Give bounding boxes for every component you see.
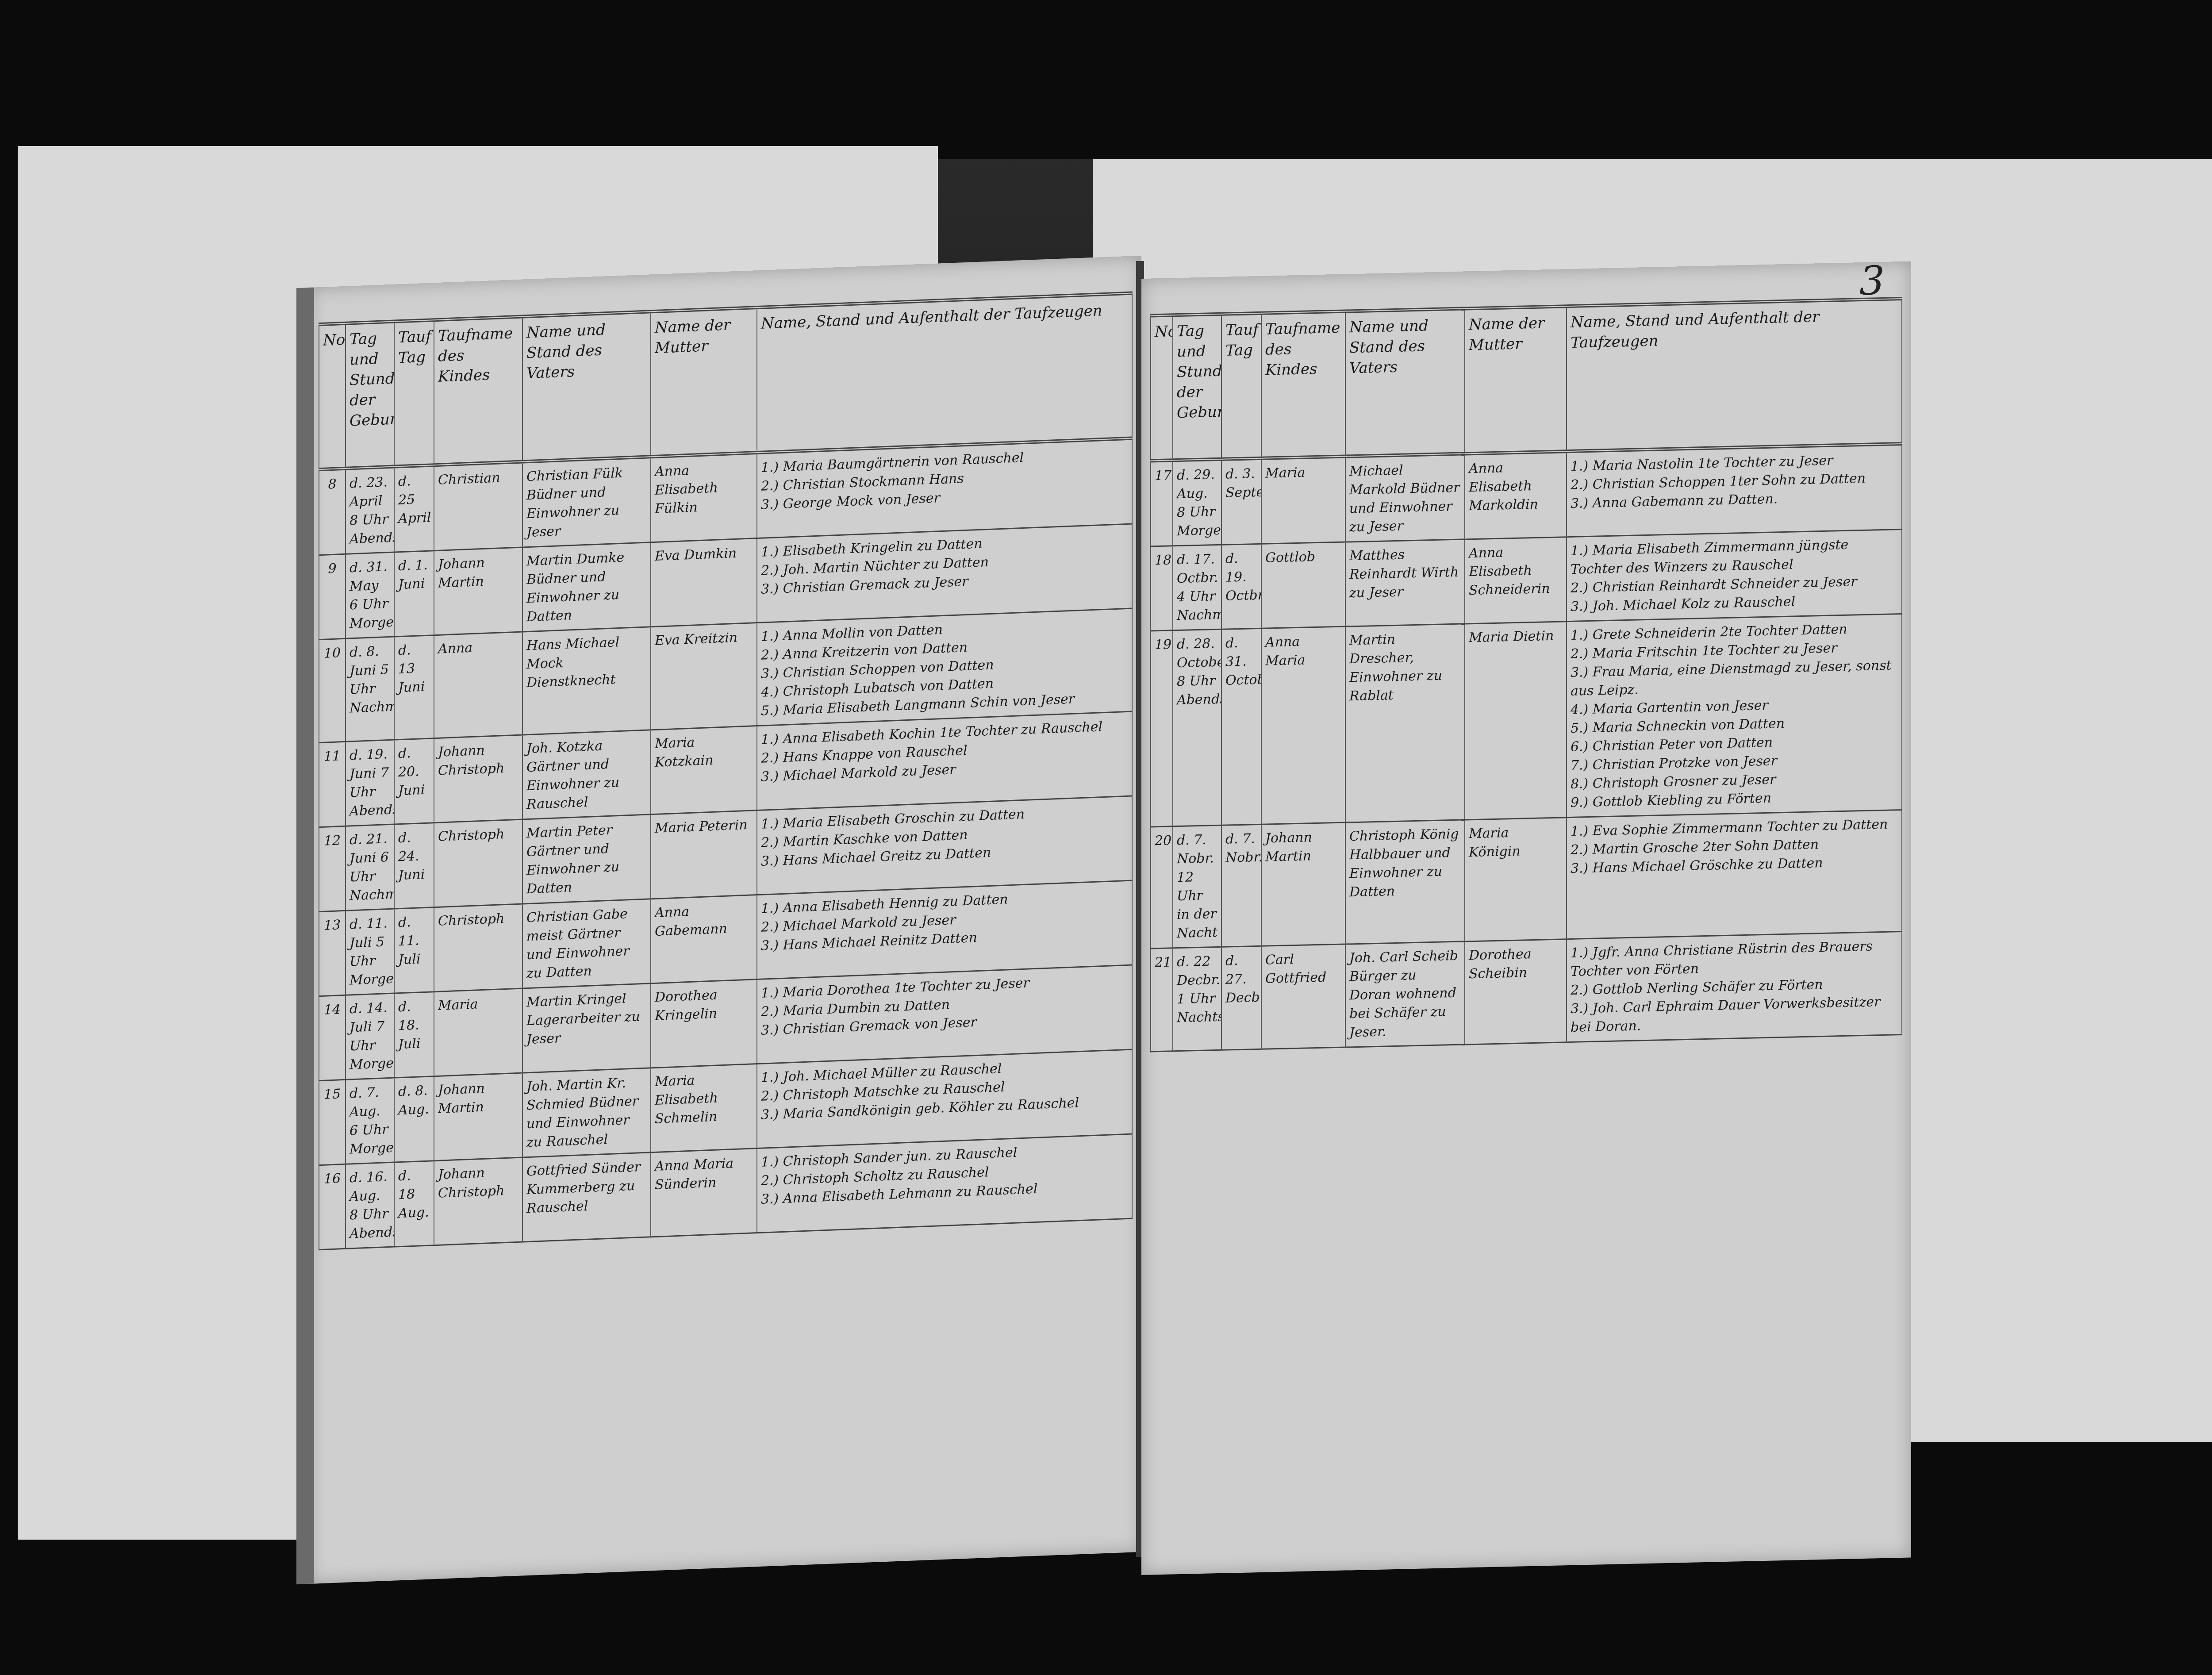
mother-name: Anna Gabemann <box>651 895 757 983</box>
col-header-sponsors: Name, Stand und Aufenthalt der Taufzeuge… <box>757 293 1132 453</box>
mother-name: Anna Elisabeth Schneiderin <box>1465 537 1567 624</box>
child-name: Anna <box>434 632 522 738</box>
sponsors: 1.) Anna Elisabeth Kochin 1te Tochter zu… <box>757 711 1132 811</box>
col-header-birth: Tag und Stunde der Geburt <box>346 322 394 469</box>
entry-number: 15 <box>319 1080 346 1165</box>
baptism-date: d. 18 Aug. <box>394 1161 434 1247</box>
entry-number: 9 <box>319 554 346 639</box>
mother-name: Maria Peterin <box>651 811 757 899</box>
entry-number: 17 <box>1151 460 1173 546</box>
col-header-baptism: Tauf Tag <box>394 320 434 466</box>
mother-name: Anna Elisabeth Markoldin <box>1465 451 1567 539</box>
col-header-sponsors: Name, Stand und Aufenthalt der Taufzeuge… <box>1567 299 1902 451</box>
col-header-mother: Name der Mutter <box>1465 306 1567 453</box>
father-name: Martin Dumke Büdner und Einwohner zu Dat… <box>522 542 651 632</box>
father-name: Joh. Kotzka Gärtner und Einwohner zu Rau… <box>522 730 651 819</box>
child-name: Carl Gottfried <box>1261 944 1345 1049</box>
birth-date: d. 23. April 8 Uhr Abends <box>346 467 394 554</box>
entry-number: 16 <box>319 1164 346 1249</box>
mother-name: Maria Kotzkain <box>651 726 757 814</box>
sponsors: 1.) Maria Baumgärtnerin von Rauschel2.) … <box>757 438 1132 538</box>
sponsors: 1.) Elisabeth Kringelin zu Datten2.) Joh… <box>757 524 1132 623</box>
birth-date: d. 11. Juli 5 Uhr Morgens <box>346 909 394 995</box>
entry-number: 18 <box>1151 546 1173 631</box>
baptism-date: d. 7. Nobr. <box>1221 824 1261 947</box>
father-name: Martin Kringel Lagerarbeiter zu Jeser <box>522 983 651 1073</box>
father-name: Matthes Reinhardt Wirth zu Jeser <box>1345 539 1465 626</box>
sponsors: 1.) Grete Schneiderin 2te Tochter Datten… <box>1567 614 1902 817</box>
baptism-date: d. 24. Juni <box>394 823 434 909</box>
entry-number: 14 <box>319 995 346 1080</box>
birth-date: d. 28. October 8 Uhr Abends <box>1173 629 1221 826</box>
col-header-mother: Name der Mutter <box>651 307 757 457</box>
register-entry: 18d. 17. Octbr. 4 Uhr Nachmittagd. 19. O… <box>1151 529 1902 631</box>
father-name: Christian Gabe meist Gärtner und Einwohn… <box>522 899 651 988</box>
mother-name: Eva Dumkin <box>651 538 757 627</box>
child-name: Christoph <box>434 819 522 907</box>
father-name: Christoph König Halbbauer und Einwohner … <box>1345 820 1465 944</box>
father-name: Martin Peter Gärtner und Einwohner zu Da… <box>522 814 651 904</box>
right-register-table: No Tag und Stunde der Geburt Tauf Tag Ta… <box>1150 297 1902 1053</box>
register-entry: 17d. 29. Aug. 8 Uhr Morgensd. 3. Septemb… <box>1151 444 1902 546</box>
baptism-date: d. 11. Juli <box>394 907 434 993</box>
col-header-birth: Tag und Stunde der Geburt <box>1173 314 1221 460</box>
register-entry: 21d. 22 Decbr. 1 Uhr Nachtsd. 27. Decbr.… <box>1151 931 1902 1052</box>
father-name: Gottfried Sünder Kummerberg zu Rauschel <box>522 1153 651 1242</box>
baptism-date: d. 19. Octbr. <box>1221 544 1261 629</box>
mother-name: Dorothea Scheibin <box>1465 939 1567 1045</box>
col-header-no: No <box>1151 315 1173 461</box>
father-name: Hans Michael Mock Dienstknecht <box>522 627 651 735</box>
col-header-father: Name und Stand des Vaters <box>522 311 651 461</box>
entry-number: 20 <box>1151 826 1173 949</box>
child-name: Johann Martin <box>1261 822 1345 946</box>
entry-number: 8 <box>319 469 346 555</box>
sponsors: 1.) Joh. Michael Müller zu Rauschel2.) C… <box>757 1049 1132 1149</box>
baptism-date: d. 31. October. <box>1221 628 1261 825</box>
birth-date: d. 7. Aug. 6 Uhr Morgens <box>346 1078 394 1164</box>
sponsors: 1.) Maria Elisabeth Zimmermann jüngste T… <box>1567 529 1902 621</box>
sponsors: 1.) Anna Mollin von Datten2.) Anna Kreit… <box>757 608 1132 726</box>
entry-number: 12 <box>319 826 346 911</box>
birth-date: d. 21. Juni 6 Uhr Nachmittag <box>346 824 394 910</box>
col-header-no: No <box>319 323 346 469</box>
mother-name: Anna Maria Sünderin <box>651 1149 757 1237</box>
sponsors: 1.) Maria Nastolin 1te Tochter zu Jeser2… <box>1567 444 1902 537</box>
right-page: 3 No Tag und Stunde der Geburt Tauf Tag … <box>1141 261 1911 1575</box>
father-name: Christian Fülk Büdner und Einwohner zu J… <box>522 457 651 547</box>
birth-date: d. 22 Decbr. 1 Uhr Nachts <box>1173 947 1221 1051</box>
mother-name: Dorothea Kringelin <box>651 980 757 1068</box>
child-name: Gottlob <box>1261 542 1345 628</box>
entry-number: 10 <box>319 638 346 742</box>
left-entries: 8d. 23. April 8 Uhr Abendsd. 25 AprilChr… <box>319 438 1132 1250</box>
entry-number: 13 <box>319 910 346 996</box>
birth-date: d. 29. Aug. 8 Uhr Morgens <box>1173 459 1221 546</box>
left-register-table: No Tag und Stunde der Geburt Tauf Tag Ta… <box>319 292 1133 1251</box>
entry-number: 21 <box>1151 948 1173 1052</box>
birth-date: d. 7. Nobr. 12 Uhr in der Nacht <box>1173 825 1221 948</box>
birth-date: d. 19. Juni 7 Uhr Abends <box>346 740 394 826</box>
baptism-date: d. 1. Juni <box>394 551 434 637</box>
sponsor-line: 3.) Joh. Carl Ephraim Dauer Vorwerksbesi… <box>1571 992 1898 1037</box>
father-name: Michael Markold Büdner und Einwohner zu … <box>1345 453 1465 542</box>
baptism-date: d. 3. September <box>1221 458 1261 545</box>
father-name: Martin Drescher, Einwohner zu Rablat <box>1345 624 1465 822</box>
child-name: Johann Martin <box>434 1073 522 1161</box>
baptism-date: d. 8. Aug. <box>394 1076 434 1162</box>
col-header-baptism: Tauf Tag <box>1221 313 1261 459</box>
child-name: Christoph <box>434 904 522 992</box>
baptism-date: d. 13 Juni <box>394 635 434 740</box>
page-edge <box>296 288 314 1585</box>
sponsors: 1.) Christoph Sander jun. zu Rauschel2.)… <box>757 1134 1132 1233</box>
birth-date: d. 16. Aug. 8 Uhr Abends <box>346 1162 394 1249</box>
child-name: Johann Christoph <box>434 1157 522 1245</box>
birth-date: d. 17. Octbr. 4 Uhr Nachmittag <box>1173 545 1221 630</box>
col-header-child: Taufname des Kindes <box>1261 311 1345 458</box>
birth-date: d. 14. Juli 7 Uhr Morgens <box>346 993 394 1080</box>
left-page: No Tag und Stunde der Geburt Tauf Tag Ta… <box>310 256 1141 1584</box>
col-header-father: Name und Stand des Vaters <box>1345 308 1465 456</box>
mother-name: Eva Kreitzin <box>651 623 757 730</box>
entry-number: 11 <box>319 741 346 827</box>
father-name: Joh. Carl Scheib Bürger zu Doran wohnend… <box>1345 941 1465 1047</box>
entry-number: 19 <box>1151 630 1173 827</box>
sponsors: 1.) Anna Elisabeth Hennig zu Datten2.) M… <box>757 880 1132 980</box>
birth-date: d. 31. May 6 Uhr Morgens <box>346 552 394 638</box>
mother-name: Maria Dietin <box>1465 622 1567 820</box>
register-entry: 20d. 7. Nobr. 12 Uhr in der Nachtd. 7. N… <box>1151 810 1902 949</box>
baptism-date: d. 27. Decbr. <box>1221 946 1261 1050</box>
mother-name: Maria Elisabeth Schmelin <box>651 1064 757 1153</box>
child-name: Christian <box>434 462 522 551</box>
register-entry: 19d. 28. October 8 Uhr Abendsd. 31. Octo… <box>1151 614 1902 827</box>
child-name: Maria <box>434 988 522 1076</box>
right-entries: 17d. 29. Aug. 8 Uhr Morgensd. 3. Septemb… <box>1151 444 1902 1052</box>
sponsors: 1.) Eva Sophie Zimmermann Tochter zu Dat… <box>1567 810 1902 939</box>
birth-date: d. 8. Juni 5 Uhr Nachmittag <box>346 637 394 741</box>
sponsors: 1.) Jgfr. Anna Christiane Rüstrin des Br… <box>1567 931 1902 1042</box>
father-name: Joh. Martin Kr. Schmied Büdner und Einwo… <box>522 1068 651 1157</box>
child-name: Johann Martin <box>434 547 522 635</box>
mother-name: Maria Königin <box>1465 818 1567 941</box>
register-book: No Tag und Stunde der Geburt Tauf Tag Ta… <box>310 261 1911 1557</box>
child-name: Maria <box>1261 457 1345 544</box>
mother-name: Anna Elisabeth Fülkin <box>651 453 757 542</box>
sponsors: 1.) Maria Elisabeth Groschin zu Datten2.… <box>757 796 1132 895</box>
child-name: Anna Maria <box>1261 626 1345 824</box>
sponsors: 1.) Maria Dorothea 1te Tochter zu Jeser2… <box>757 965 1132 1064</box>
child-name: Johann Christoph <box>434 735 522 823</box>
baptism-date: d. 25 April <box>394 465 434 552</box>
header-row: No Tag und Stunde der Geburt Tauf Tag Ta… <box>1151 299 1902 461</box>
baptism-date: d. 20. Juni <box>394 738 434 824</box>
col-header-child: Taufname des Kindes <box>434 317 522 465</box>
baptism-date: d. 18. Juli <box>394 992 434 1078</box>
